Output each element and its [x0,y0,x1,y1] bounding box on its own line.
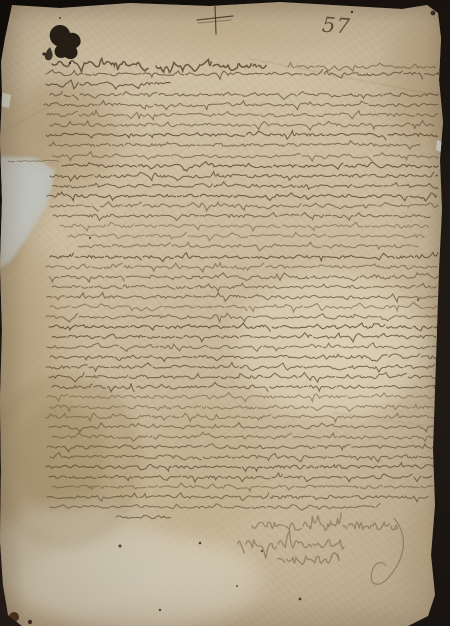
paper-stains [0,2,450,626]
text-line [53,213,430,221]
folio-number: 57 [321,15,362,39]
text-line [46,263,437,272]
text-line [50,92,438,100]
signature-block [238,513,403,584]
text-line [60,222,428,231]
signature-stroke [252,513,397,530]
signature-stroke [238,531,344,559]
text-line [50,172,437,182]
text-line [78,242,418,251]
text-line [47,192,436,201]
signature-flourish [371,518,403,584]
signature-stroke [278,553,339,565]
text-line [49,273,438,282]
heading-script [52,58,266,72]
photo-backdrop: 57 [0,0,450,626]
manuscript-page: 57 [0,0,450,626]
text-line [50,253,438,262]
text-line [46,70,439,80]
ink-blot [42,17,80,64]
text-line [62,162,438,172]
manuscript-artwork [0,0,450,626]
text-line [50,202,438,211]
text-line [53,182,438,189]
text-line [68,232,424,241]
